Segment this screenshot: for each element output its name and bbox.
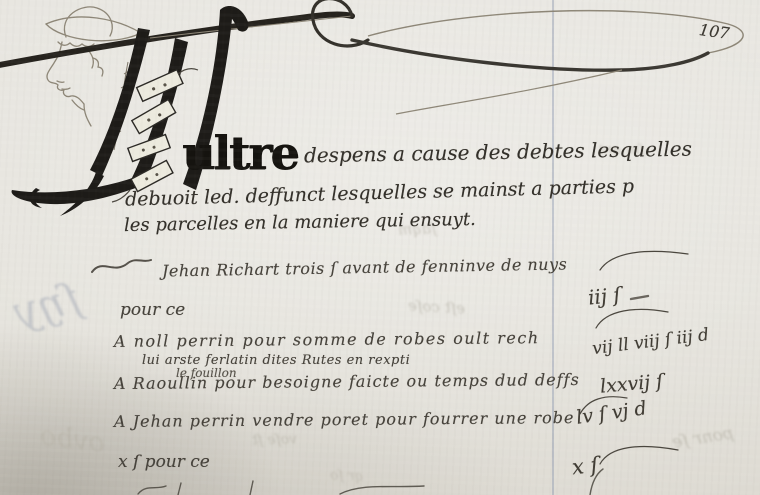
dash-mark: [631, 296, 648, 299]
entry-1-line-2: pour ce: [120, 300, 185, 320]
entry-5-amount: x ſ: [571, 453, 600, 480]
flourish-ellipse: [368, 11, 743, 53]
flourish-tail-hairline: [396, 70, 622, 114]
entry-5-line-1: x ſ pour ce: [118, 452, 210, 472]
entry-2-line-1: A noll perrin pour somme de robes oult r…: [114, 328, 540, 351]
manuscript-page: ſŋy ovbo ſaqm eſt coſe ſm qnt voſe ſt qr…: [0, 0, 760, 495]
entry-3-line-1: A Raoullin pour besoigne faicte ou temps…: [114, 370, 580, 393]
entry-1-amount: iij ſ: [587, 282, 622, 309]
flourish-return-stroke: [352, 40, 708, 70]
entry-4-line-1: A Jehan perrin vendre poret pour fourrer…: [114, 408, 575, 431]
cutoff-next-line: [138, 469, 603, 495]
heading-initial-word: ultre: [182, 126, 298, 180]
tilde-mark: [92, 260, 151, 272]
folio-number: 107: [698, 20, 731, 43]
flourish-loop: [313, 0, 368, 46]
